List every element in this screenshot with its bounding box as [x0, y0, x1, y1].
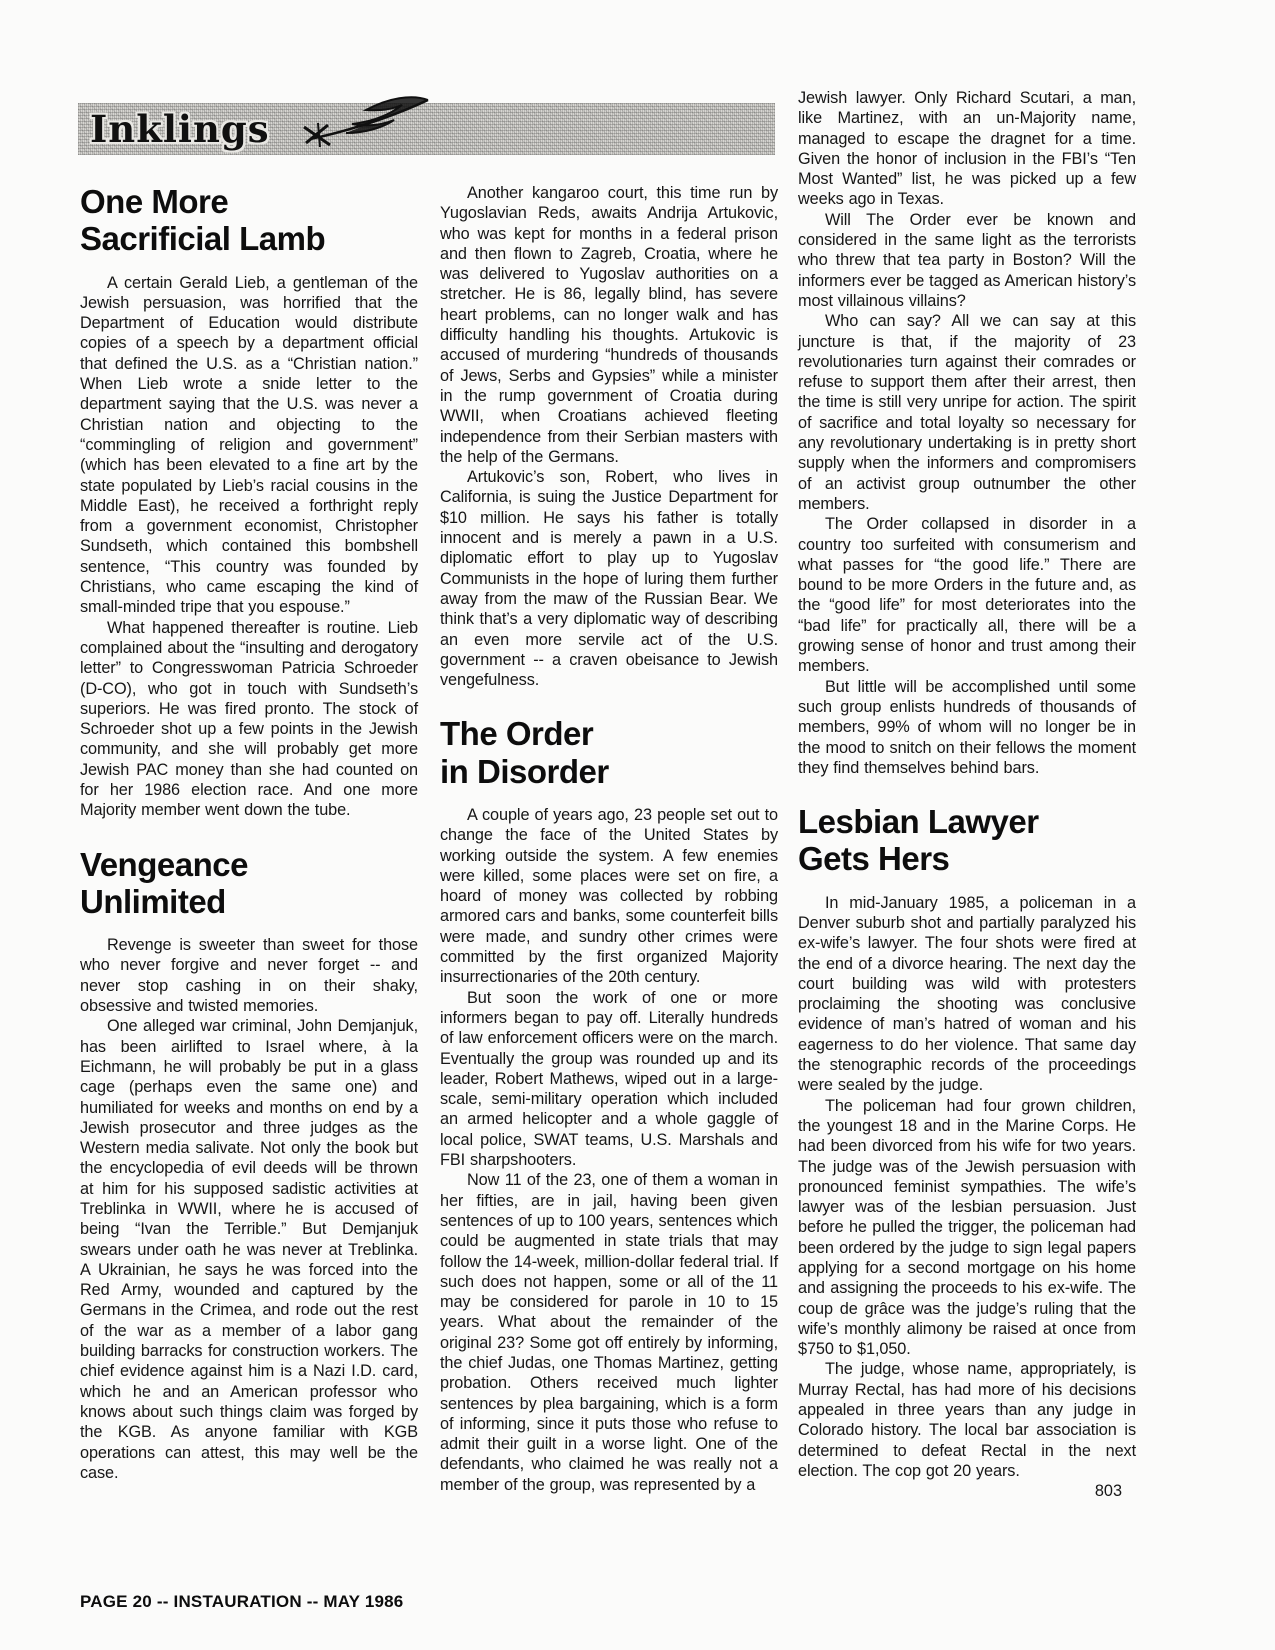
banner-title: Inklings	[78, 111, 270, 148]
body-paragraph: But soon the work of one or more informe…	[440, 988, 778, 1171]
body-paragraph: A couple of years ago, 23 people set out…	[440, 805, 778, 988]
footer-text: PAGE 20 -- INSTAURATION -- MAY 1986	[80, 1592, 403, 1611]
body-paragraph: One alleged war criminal, John Demjanjuk…	[80, 1016, 418, 1483]
article-headline: Vengeance Unlimited	[80, 846, 418, 921]
column-3: Jewish lawyer. Only Richard Scutari, a m…	[798, 88, 1136, 1502]
item-number: 803	[798, 1481, 1136, 1501]
body-paragraph: Revenge is sweeter than sweet for those …	[80, 935, 418, 1016]
page-footer: PAGE 20 -- INSTAURATION -- MAY 1986	[80, 1592, 403, 1612]
column-1: One More Sacrificial LambA certain Geral…	[80, 183, 418, 1483]
body-paragraph: Will The Order ever be known and conside…	[798, 210, 1136, 311]
article-headline: Lesbian Lawyer Gets Hers	[798, 803, 1136, 878]
body-paragraph: A certain Gerald Lieb, a gentleman of th…	[80, 273, 418, 618]
article-headline: The Order in Disorder	[440, 715, 778, 790]
body-paragraph: What happened thereafter is routine. Lie…	[80, 618, 418, 821]
column-2: Another kangaroo court, this time run by…	[440, 183, 778, 1495]
body-paragraph: Now 11 of the 23, one of them a woman in…	[440, 1170, 778, 1495]
body-paragraph: Another kangaroo court, this time run by…	[440, 183, 778, 467]
magazine-page: Inklings One More Sacrificial LambA cert…	[0, 0, 1275, 1650]
body-paragraph: The Order collapsed in disorder in a cou…	[798, 514, 1136, 676]
inklings-banner: Inklings	[78, 103, 775, 155]
body-paragraph: In mid-January 1985, a policeman in a De…	[798, 893, 1136, 1096]
body-paragraph: Who can say? All we can say at this junc…	[798, 311, 1136, 514]
body-paragraph: The judge, whose name, appropriately, is…	[798, 1359, 1136, 1481]
body-paragraph: But little will be accomplished until so…	[798, 677, 1136, 778]
article-headline: One More Sacrificial Lamb	[80, 183, 418, 258]
body-paragraph: Jewish lawyer. Only Richard Scutari, a m…	[798, 88, 1136, 210]
body-paragraph: Artukovic’s son, Robert, who lives in Ca…	[440, 467, 778, 690]
quill-pen-icon	[296, 93, 446, 152]
body-paragraph: The policeman had four grown children, t…	[798, 1096, 1136, 1360]
